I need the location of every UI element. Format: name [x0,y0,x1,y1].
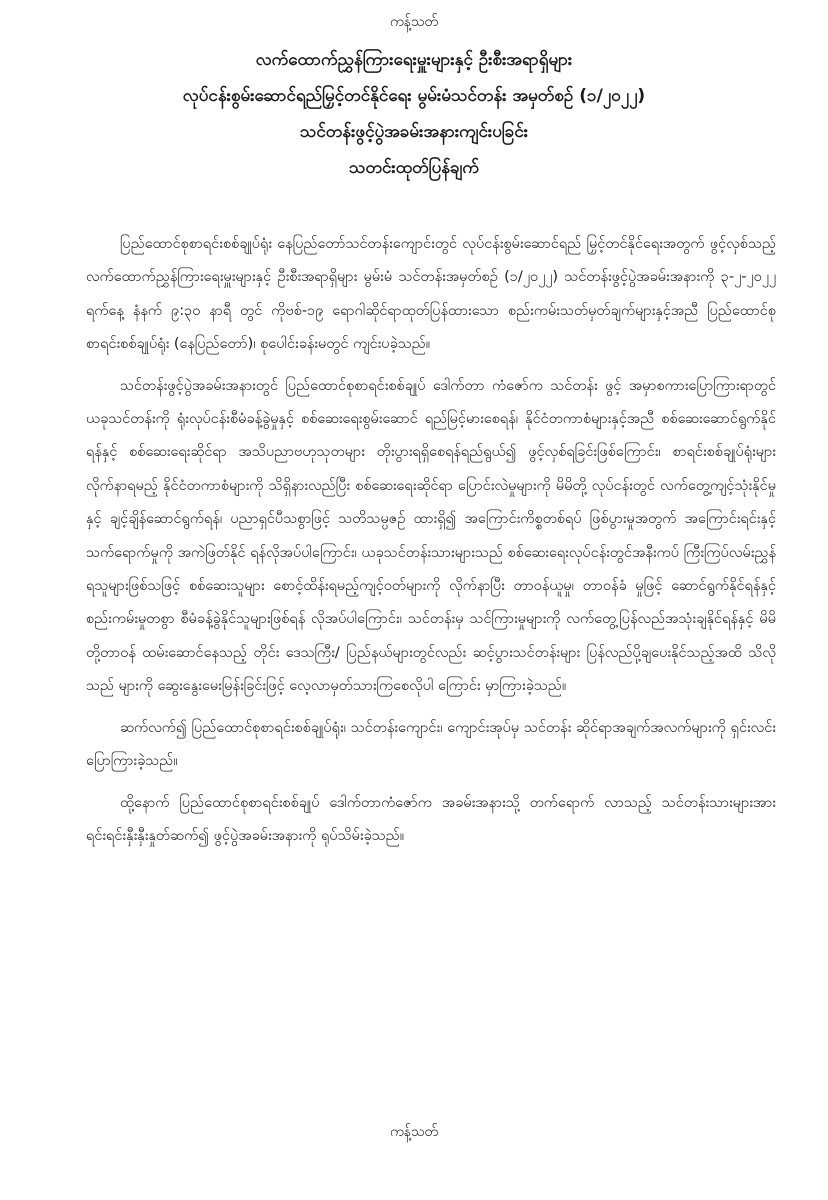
document-page: ကန့်သတ် လက်ထောက်ညွှန်ကြားရေးမှူးများနှင့… [0,0,828,1200]
title-line-2: လုပ်ငန်းစွမ်းဆောင်ရည်မြှင့်တင်နိုင်ရေး မ… [60,78,768,114]
title-line-1: လက်ထောက်ညွှန်ကြားရေးမှူးများနှင့် ဦးစီးအ… [60,42,768,78]
document-body: ပြည်ထောင်စုစာရင်းစစ်ချုပ်ရုံး နေပြည်တော်… [86,228,776,861]
press-release-heading: သတင်းထုတ်ပြန်ချက် [60,150,768,186]
title-block: လက်ထောက်ညွှန်ကြားရေးမှူးများနှင့် ဦးစီးအ… [60,42,768,186]
paragraph-3: ဆက်လက်၍ ပြည်ထောင်စုစာရင်းစစ်ချုပ်ရုံး၊ သ… [86,712,776,779]
paragraph-4: ထို့နောက် ပြည်ထောင်စုစာရင်းစစ်ချုပ် ဒေါက… [86,787,776,854]
paragraph-1: ပြည်ထောင်စုစာရင်းစစ်ချုပ်ရုံး နေပြည်တော်… [86,228,776,362]
classification-footer: ကန့်သတ် [0,1122,828,1143]
title-line-3: သင်တန်းဖွင့်ပွဲအခမ်းအနားကျင်းပခြင်း [60,114,768,150]
classification-header: ကန့်သတ် [0,12,828,33]
paragraph-2: သင်တန်းဖွင့်ပွဲအခမ်းအနားတွင် ပြည်ထောင်စု… [86,370,776,704]
